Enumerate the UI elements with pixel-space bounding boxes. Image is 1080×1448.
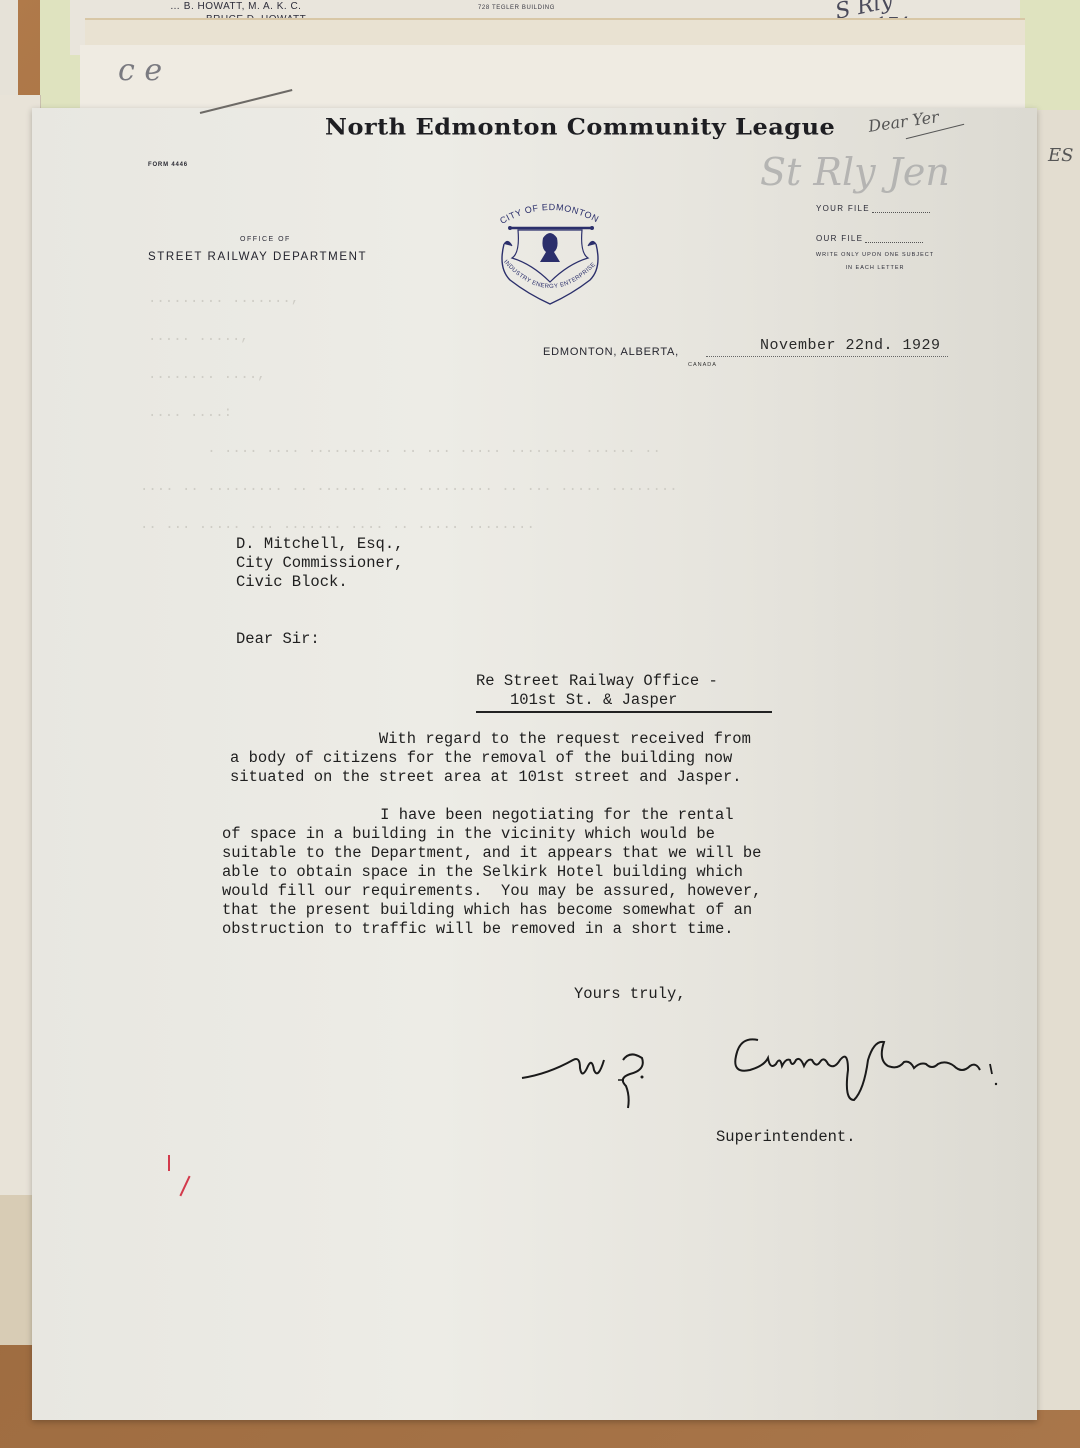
subject-line: Re Street Railway Office -101st St. & Ja…: [476, 672, 718, 710]
closing: Yours truly,: [574, 985, 686, 1004]
signatory-title: Superintendent.: [716, 1128, 856, 1147]
body-paragraph-2: I have been negotiating for the rentalof…: [222, 806, 762, 939]
red-pencil-mark: [168, 1155, 170, 1171]
signature: [518, 1030, 1018, 1120]
file-reference-block: YOUR FILE OUR FILE WRITE ONLY UPON ONE S…: [800, 204, 950, 275]
our-file-field: OUR FILE: [800, 234, 950, 264]
bleed-through-header: North Edmonton Community League: [325, 113, 835, 140]
bleed-through-text: ......... ......., ..... ....., ........…: [148, 280, 299, 432]
letter-date: November 22nd. 1929: [760, 337, 941, 354]
office-of-label: OFFICE OF: [240, 236, 291, 243]
our-file-blank: [865, 242, 923, 243]
city-of-edmonton-seal: CITY OF EDMONTON INDUSTRY ENERGY ENTERPR…: [488, 198, 613, 308]
country-label: CANADA: [688, 362, 717, 368]
seal-icon: CITY OF EDMONTON INDUSTRY ENERGY ENTERPR…: [488, 198, 613, 308]
pencil-mark: c e: [118, 53, 162, 88]
place-label: EDMONTON, ALBERTA,: [543, 346, 679, 358]
salutation: Dear Sir:: [236, 630, 320, 649]
your-file-blank: [872, 212, 930, 213]
date-line: [706, 356, 948, 357]
subject-underline: [476, 711, 772, 713]
bleed-through-pencil: St Rly Jen: [760, 150, 950, 194]
form-number: FORM 4446: [148, 162, 188, 168]
body-paragraph-1: With regard to the request received from…: [230, 730, 751, 787]
margin-ink-note: ES: [1048, 145, 1073, 166]
background-letterhead-building: 728 TEGLER BUILDING: [478, 5, 555, 11]
your-file-field: YOUR FILE: [800, 204, 950, 234]
bleed-through-body: . .... .... .......... .. ... ..... ....…: [140, 430, 678, 544]
addressee-block: D. Mitchell, Esq.,City Commissioner,Civi…: [236, 535, 403, 592]
svg-text:CITY OF EDMONTON: CITY OF EDMONTON: [498, 202, 600, 226]
department-name: STREET RAILWAY DEPARTMENT: [148, 251, 367, 263]
signature-icon: [518, 1030, 1018, 1120]
